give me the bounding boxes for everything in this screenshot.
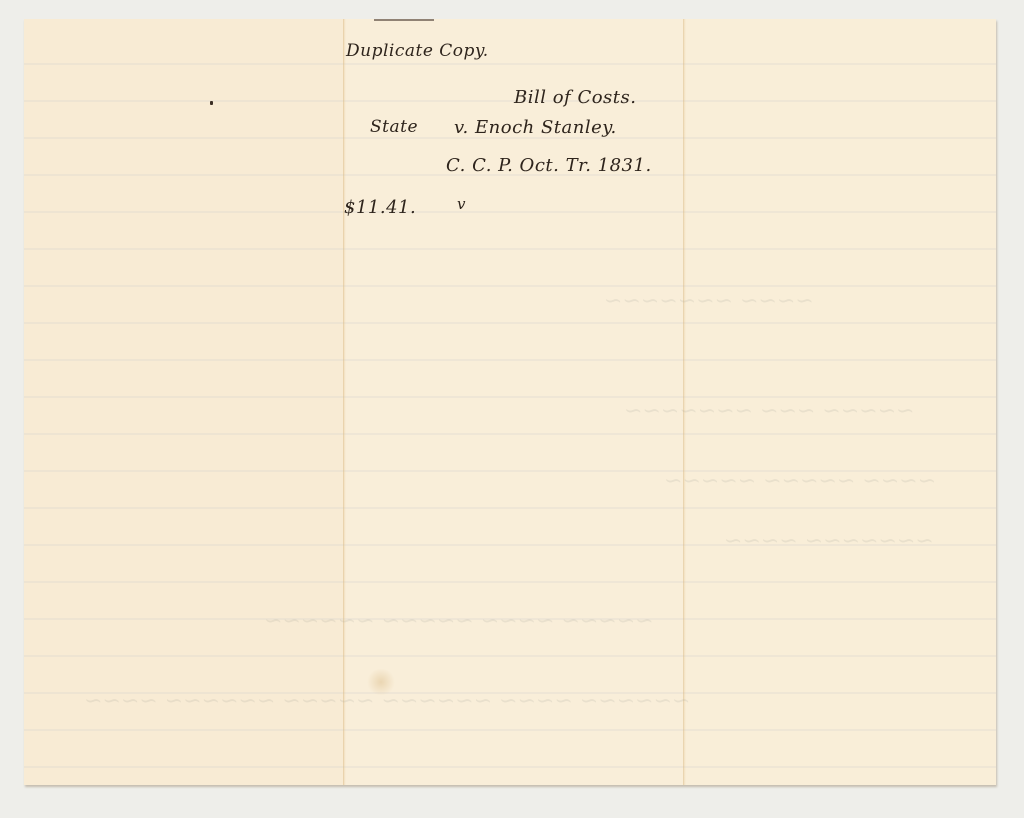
bleed-through-text: ~~~~ ~~~~~ ~~~~~ [664, 469, 936, 494]
scan-background: ~~~~ ~~~~~~~ ~~~~~ ~~~ ~~~~~~~ ~~~~ ~~~~… [0, 0, 1024, 818]
versus-label: v. [454, 117, 469, 138]
document-title: Bill of Costs. [514, 87, 636, 108]
folded-document: ~~~~ ~~~~~~~ ~~~~~ ~~~ ~~~~~~~ ~~~~ ~~~~… [24, 19, 996, 785]
ink-speck [210, 101, 213, 105]
bleed-through-text: ~~~~ ~~~~~~~ [604, 289, 814, 314]
court-term: C. C. P. Oct. Tr. 1831. [446, 155, 652, 176]
bleed-through-text: ~~~~~~~ ~~~~ [724, 529, 934, 554]
defendant-party: v. Enoch Stanley. [454, 117, 617, 138]
left-panel [24, 19, 344, 785]
amount-total: $11.41. [344, 197, 416, 218]
check-mark: v [457, 195, 466, 213]
top-edge-ink-mark [374, 19, 434, 21]
fold-crease-left [343, 19, 346, 785]
bleed-through-text: ~~~~~ ~~~~ ~~~~~ ~~~~~~ [264, 609, 654, 634]
bleed-through-text: ~~~~~ ~~~ ~~~~~~~ [624, 399, 915, 424]
defendant-name: Enoch Stanley. [475, 117, 617, 138]
duplicate-copy-label: Duplicate Copy. [346, 41, 489, 61]
plaintiff-party: State [370, 117, 418, 137]
paper-stain [366, 669, 396, 695]
